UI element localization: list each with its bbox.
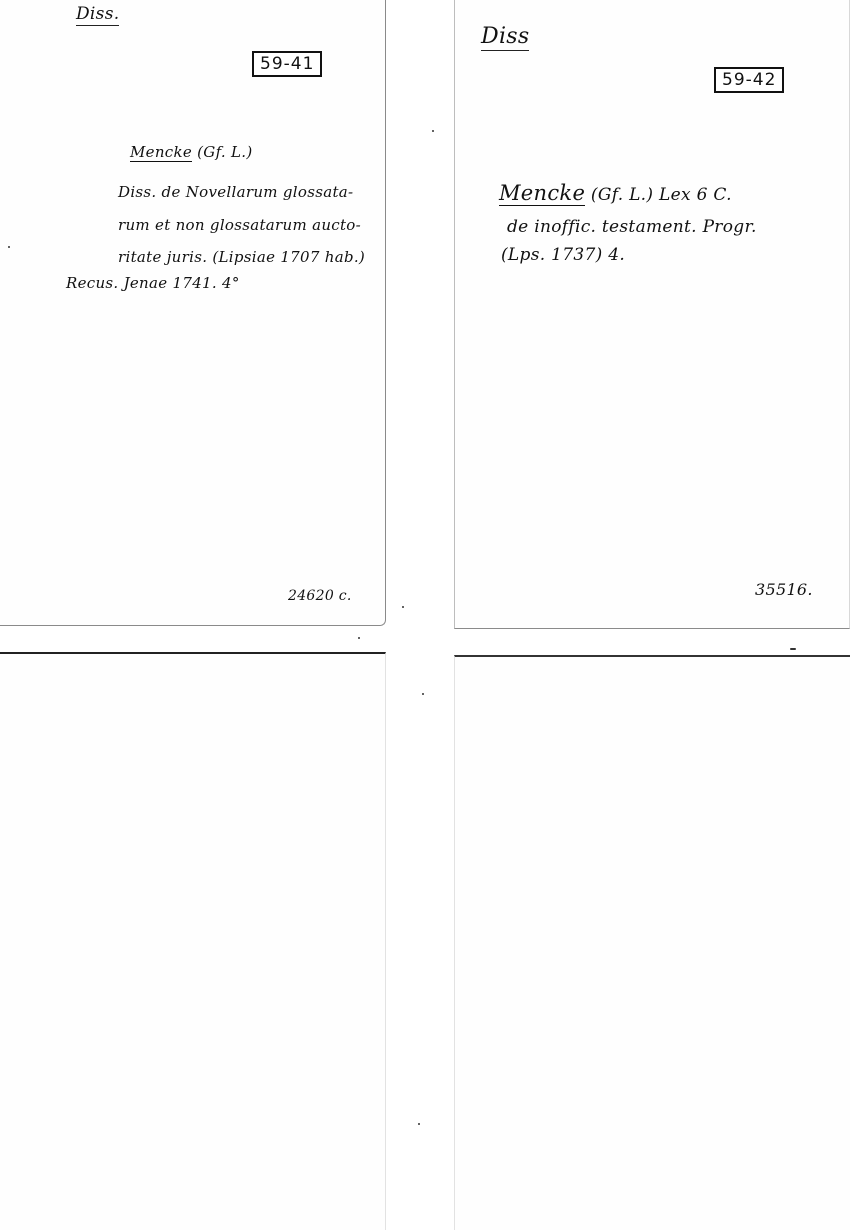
scan-speck bbox=[432, 130, 434, 132]
author-name: Mencke bbox=[130, 143, 192, 162]
author-name: Mencke bbox=[499, 181, 585, 206]
title-line-2: rum et non glossatarum aucto- bbox=[118, 213, 361, 238]
title-line-1: Diss. de Novellarum glossata- bbox=[118, 180, 353, 205]
author-heading: Mencke (Gf. L.) bbox=[130, 140, 253, 165]
scan-speck bbox=[422, 693, 424, 695]
call-number-box: 59-42 bbox=[714, 67, 784, 93]
imprint-line: Recus. Jenae 1741. 4° bbox=[66, 271, 240, 296]
title-line-2: de inoffic. testament. Progr. bbox=[507, 214, 757, 241]
scan-speck bbox=[418, 1123, 420, 1125]
catalog-card-59-42: Diss 59-42 Mencke (Gf. L.) Lex 6 C. de i… bbox=[454, 0, 850, 629]
classmark: Diss bbox=[481, 24, 529, 51]
call-number-box: 59-41 bbox=[252, 51, 322, 77]
scan-speck bbox=[402, 606, 404, 608]
author-initials: (Gf. L.) bbox=[591, 185, 653, 205]
author-initials: (Gf. L.) bbox=[197, 143, 252, 161]
scan-speck bbox=[358, 637, 360, 639]
scan-speck bbox=[790, 648, 796, 650]
blank-card-bottom-left bbox=[0, 652, 386, 1230]
title-line-3: ritate juris. (Lipsiae 1707 hab.) bbox=[118, 245, 365, 270]
accession-number: 24620 c. bbox=[288, 588, 352, 604]
classmark: Diss. bbox=[76, 4, 119, 26]
author-heading: Mencke (Gf. L.) Lex 6 C. bbox=[499, 180, 732, 209]
title-first-line: Lex 6 C. bbox=[659, 185, 732, 205]
catalog-card-59-41: Diss. 59-41 Mencke (Gf. L.) Diss. de Nov… bbox=[0, 0, 386, 626]
accession-number: 35516. bbox=[755, 580, 813, 599]
blank-card-bottom-right bbox=[454, 655, 850, 1230]
imprint-line: (Lps. 1737) 4. bbox=[501, 242, 625, 269]
scan-speck bbox=[8, 246, 10, 248]
